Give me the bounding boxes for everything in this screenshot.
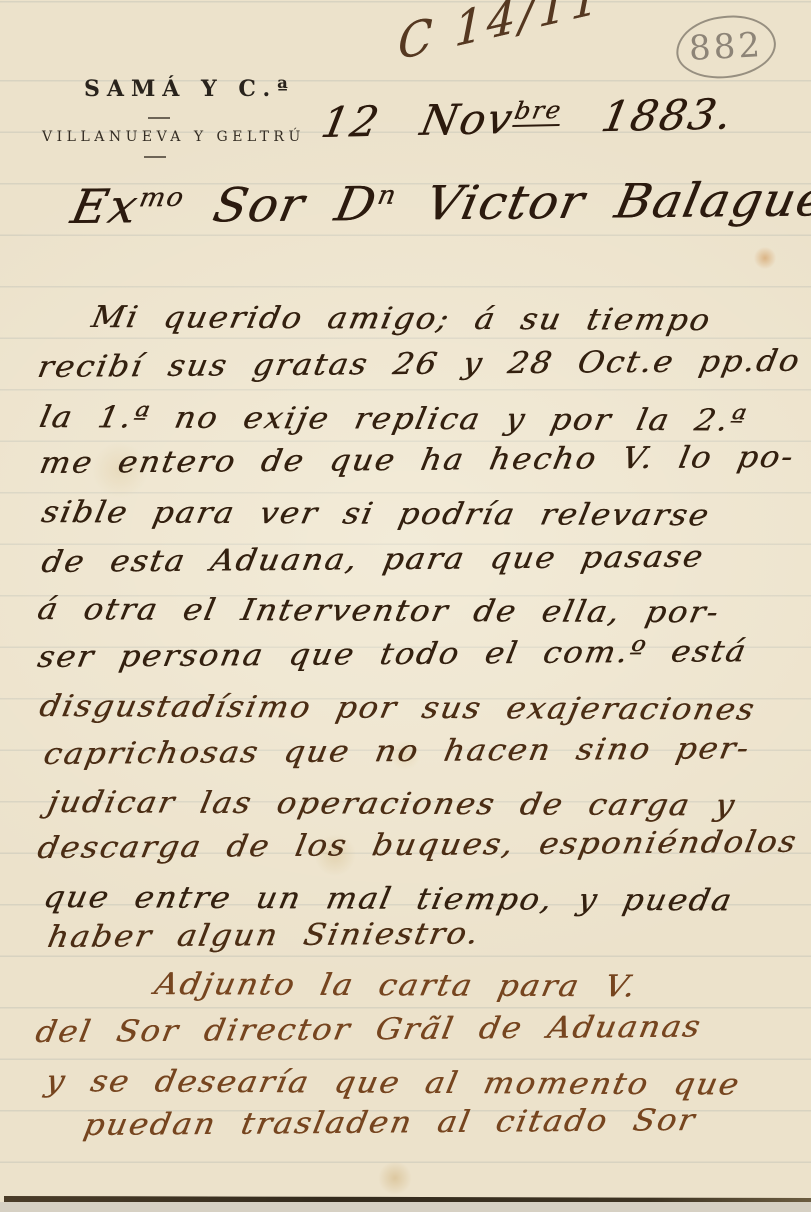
letter-line-2: recibí sus gratas 26 y 28 Oct.e pp.do xyxy=(35,344,804,385)
date-month-suffix: bre xyxy=(512,96,565,127)
letter-line-4: me entero de que ha hecho V. lo po- xyxy=(37,440,798,481)
torn-paper-edge xyxy=(0,0,14,1200)
letter-line-16: del Sor director Grãl de Aduanas xyxy=(33,1010,705,1050)
letterhead-company: SAMÁ Y C.ª xyxy=(84,76,295,102)
letter-line-17: y se desearía que al momento que xyxy=(43,1064,744,1102)
letter-line-18: puedan trasladen al citado Sor xyxy=(81,1103,699,1143)
archive-number: 882 xyxy=(688,25,764,69)
letter-line-13: que entre un mal tiempo, y pueda xyxy=(41,880,737,918)
letterhead-divider xyxy=(144,156,166,158)
letter-line-5: sible para ver si podría relevarse xyxy=(39,495,714,533)
filing-annotation: C 14/11 xyxy=(398,0,604,71)
letter-line-12: descarga de los buques, esponiéndolos xyxy=(35,825,801,866)
letter-line-3: la 1.ª no exije replica y por la 2.ª xyxy=(37,400,751,438)
letter-line-9: disgustadísimo por sus exajeraciones xyxy=(37,689,759,728)
date-year: 1883. xyxy=(597,89,737,141)
letter-line-14: haber algun Siniestro. xyxy=(45,916,483,955)
letter-date: 12 Novbre 1883. xyxy=(317,89,737,147)
letterhead-divider xyxy=(148,117,170,119)
salutation: Exmo Sor Dn Victor Balaguer, xyxy=(66,172,811,235)
scan-background xyxy=(0,1202,811,1212)
letter-line-8: ser persona que todo el com.º está xyxy=(35,634,750,675)
date-day: 12 xyxy=(317,97,384,147)
date-month: Nov xyxy=(417,94,519,145)
archive-number-stamp: 882 xyxy=(673,12,778,82)
letter-line-10: caprichosas que no hacen sino per- xyxy=(41,731,753,772)
letter-line-11: judicar las operaciones de carga y xyxy=(45,785,739,823)
letter-line-1: Mi querido amigo; á su tiempo xyxy=(89,300,715,338)
letterhead-city: VILLANUEVA Y GELTRÚ xyxy=(42,129,305,145)
letter-line-7: á otra el Interventor de ella, por- xyxy=(35,592,724,630)
letter-line-15: Adjunto la carta para V. xyxy=(152,967,641,1004)
letter-line-6: de esta Aduana, para que pasase xyxy=(39,540,708,580)
letter-scan-page: C 14/11 882 SAMÁ Y C.ª VILLANUEVA Y GELT… xyxy=(0,0,811,1212)
